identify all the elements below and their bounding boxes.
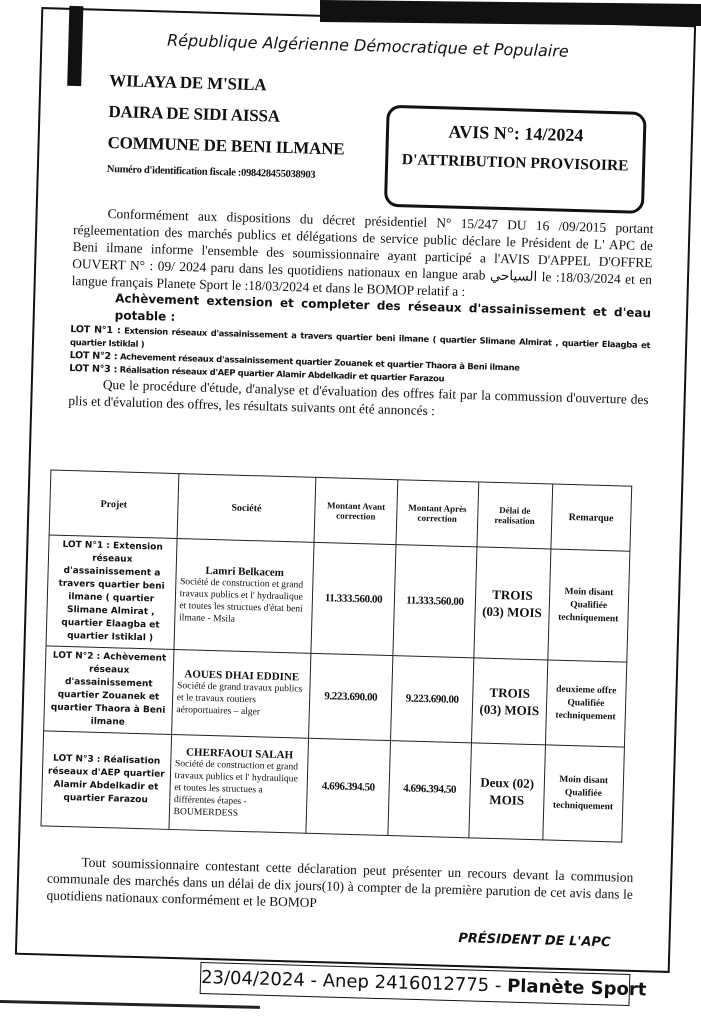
- table-row: LOT N°2 : Achèvement réseaux d'assainiss…: [44, 646, 627, 747]
- header-montant-apres: Montant Après correction: [396, 480, 479, 547]
- cell-projet: LOT N°3 : Réalisation réseaux d'AEP quar…: [41, 731, 171, 830]
- cell-montant-apres: 11.333.560.00: [393, 545, 477, 658]
- cell-delai: TROIS (03) MOIS: [474, 547, 550, 660]
- avis-number: AVIS N°: 14/2024: [389, 120, 643, 148]
- lot-label: LOT N°1 :: [70, 324, 120, 336]
- header-montant-avant: Montant Avant correction: [314, 477, 397, 544]
- cell-montant-apres: 9.223.690.00: [390, 656, 474, 743]
- daira: DAIRA DE SIDI AISSA: [108, 102, 345, 129]
- lot-label: LOT N°3 :: [69, 363, 117, 375]
- header-remarque: Remarque: [550, 484, 631, 551]
- notice-page: République Algérienne Démocratique et Po…: [15, 7, 696, 973]
- cell-delai: Deux (02) MOIS: [469, 743, 545, 840]
- notice-body: Conformément aux dispositions du décret …: [68, 204, 653, 425]
- footer-date: 23/04/2024: [201, 967, 305, 991]
- administration-header: WILAYA DE M'SILA DAIRA DE SIDI AISSA COM…: [107, 71, 347, 182]
- avis-type: D'ATTRIBUTION PROVISOIRE: [388, 151, 642, 176]
- cell-montant-apres: 4.696.394.50: [388, 741, 472, 838]
- footer-newspaper: Planète Sport: [507, 976, 647, 1001]
- cell-projet: LOT N°1 : Extension réseaux d'assainisse…: [46, 535, 177, 650]
- footer-separator: -: [495, 975, 508, 996]
- table-row: LOT N°1 : Extension réseaux d'assainisse…: [46, 535, 630, 662]
- footer-separator: -: [310, 970, 323, 991]
- cell-remarque: Moin disant Qualifiée techniquement: [542, 745, 624, 842]
- lot-label: LOT N°2 :: [69, 350, 117, 362]
- cell-projet: LOT N°2 : Achèvement réseaux d'assainiss…: [44, 646, 174, 735]
- societe-desc: Société de construction et grand travaux…: [179, 576, 309, 628]
- cell-societe: AOUES DHAI EDDINE Société de grand trava…: [171, 649, 311, 738]
- avis-box: AVIS N°: 14/2024 D'ATTRIBUTION PROVISOIR…: [384, 105, 647, 214]
- cell-montant-avant: 11.333.560.00: [311, 542, 395, 655]
- intro-paragraph: Conformément aux dispositions du décret …: [72, 204, 654, 305]
- cell-remarque: Moin disant Qualifiée techniquement: [547, 549, 630, 662]
- torn-paper-edge: [0, 1000, 260, 1009]
- footer-anep: Anep 2416012775: [322, 970, 489, 996]
- header-delai: Délai de realisation: [477, 482, 552, 549]
- results-table: Projet Société Montant Avant correction …: [40, 469, 632, 842]
- header-societe: Société: [177, 474, 316, 543]
- table-row: LOT N°3 : Réalisation réseaux d'AEP quar…: [41, 731, 624, 842]
- header-projet: Projet: [49, 470, 178, 539]
- cell-societe: Lamri Belkacem Société de construction e…: [174, 539, 315, 654]
- cell-remarque: deuxieme offre Qualifiée techniquement: [545, 660, 627, 747]
- cell-montant-avant: 9.223.690.00: [309, 653, 393, 740]
- commune: COMMUNE DE BENI ILMANE: [107, 133, 344, 160]
- societe-desc: Société de grand travaux publics et le t…: [176, 680, 306, 720]
- cell-societe: CHERFAOUI SALAH Société de construction …: [169, 734, 309, 833]
- cell-montant-avant: 4.696.394.50: [306, 738, 390, 835]
- cell-delai: TROIS (03) MOIS: [472, 658, 548, 745]
- societe-desc: Société de construction et grand travaux…: [173, 758, 303, 822]
